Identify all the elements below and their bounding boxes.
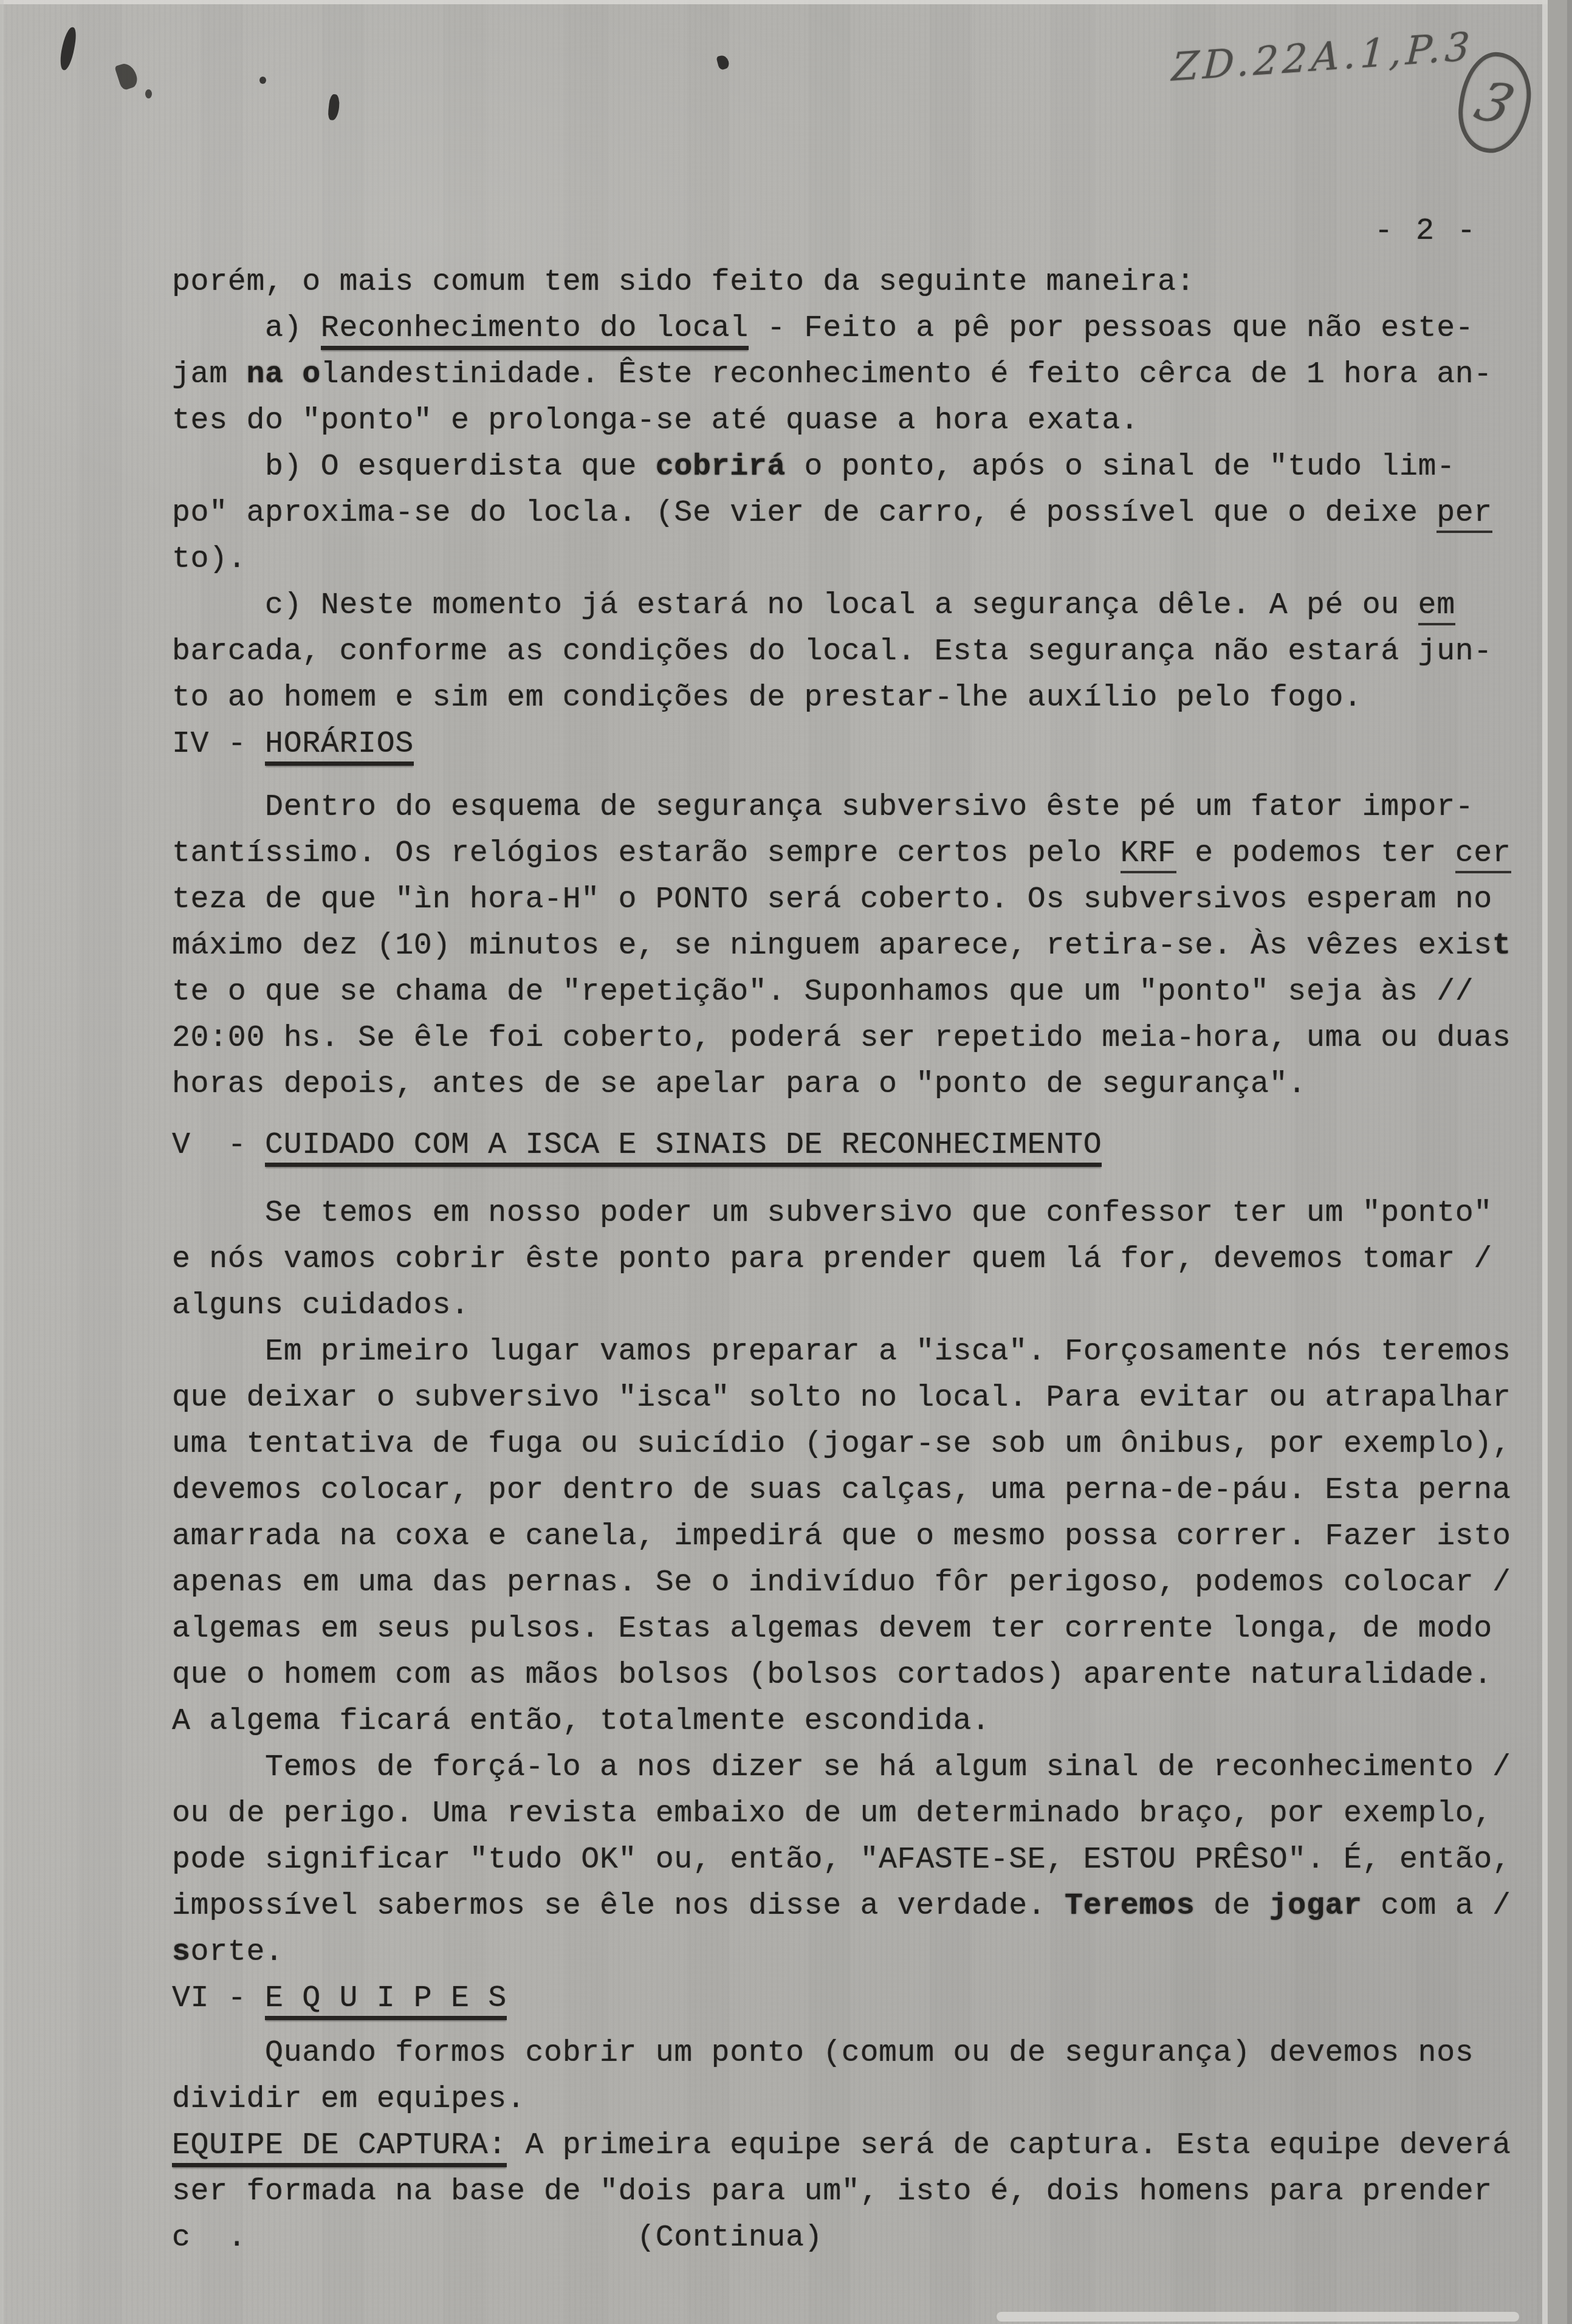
text-line: máximo dez (10) minutos e, se ninguem ap…	[172, 923, 1557, 969]
text-line: ser formada na base de "dois para um", i…	[172, 2169, 1557, 2215]
ink-blot	[259, 77, 266, 84]
text-line: b) O esquerdista que cobrirá o ponto, ap…	[172, 444, 1557, 490]
text-segment: tes do "ponto" e prolonga-se até quase a…	[172, 404, 1139, 438]
text-segment: dividir em equipes.	[172, 2082, 526, 2117]
text-segment: Dentro do esquema de segurança subversiv…	[172, 790, 1474, 825]
text-line: to ao homem e sim em condições de presta…	[172, 675, 1557, 721]
text-segment: que deixar o subversivo "isca" solto no …	[172, 1381, 1511, 1415]
text-line: alguns cuidados.	[172, 1283, 1557, 1329]
text-line: impossível sabermos se êle nos disse a v…	[172, 1883, 1557, 1930]
text-line: Em primeiro lugar vamos preparar a "isca…	[172, 1329, 1557, 1375]
text-segment: Em primeiro lugar vamos preparar a "isca…	[172, 1335, 1511, 1369]
text-segment: Se temos em nosso poder um subversivo qu…	[172, 1196, 1492, 1231]
text-line: uma tentativa de fuga ou suicídio (jogar…	[172, 1422, 1557, 1468]
text-segment: e podemos ter	[1176, 836, 1455, 871]
text-segment: VI -	[172, 1981, 265, 2016]
text-segment: em	[1418, 588, 1455, 625]
text-segment: na o	[246, 357, 320, 392]
text-segment: orte.	[191, 1935, 284, 1970]
text-segment: A primeira equipe será de captura. Esta …	[507, 2128, 1511, 2163]
text-segment: c . (Continua)	[172, 2221, 823, 2255]
text-segment: a)	[172, 311, 321, 346]
page-number: - 2 -	[1375, 214, 1478, 249]
text-segment: cobrirá	[656, 450, 786, 484]
text-line: po" aproxima-se do locla. (Se vier de ca…	[172, 490, 1557, 537]
scan-edge-top	[0, 0, 1572, 4]
text-line: A algema ficará então, totalmente escond…	[172, 1699, 1557, 1745]
text-segment: que o homem com as mãos bolsos (bolsos c…	[172, 1658, 1492, 1693]
text-line: tes do "ponto" e prolonga-se até quase a…	[172, 398, 1557, 444]
text-segment: teza de que "ìn hora-H" o PONTO será cob…	[172, 882, 1492, 917]
text-line: devemos colocar, por dentro de suas calç…	[172, 1468, 1557, 1514]
text-line: Dentro do esquema de segurança subversiv…	[172, 785, 1557, 831]
text-segment: s	[172, 1935, 191, 1970]
text-line: barcada, conforme as condições do local.…	[172, 629, 1557, 675]
text-segment: com a /	[1362, 1889, 1511, 1923]
text-line: IV - HORÁRIOS	[172, 721, 1557, 768]
handwritten-reference: ZD.22A.1,P.3	[1171, 25, 1464, 91]
text-segment: apenas em uma das pernas. Se o indivíduo…	[172, 1566, 1511, 1600]
text-segment: V -	[172, 1128, 265, 1163]
text-segment: e nós vamos cobrir êste ponto para prend…	[172, 1242, 1492, 1277]
text-segment: IV -	[172, 727, 265, 761]
text-line: amarrada na coxa e canela, impedirá que …	[172, 1514, 1557, 1560]
text-line: Quando formos cobrir um ponto (comum ou …	[172, 2030, 1557, 2077]
ink-blot	[716, 54, 730, 70]
text-segment: porém, o mais comum tem sido feito da se…	[172, 265, 1195, 300]
text-line: horas depois, antes de se apelar para o …	[172, 1062, 1557, 1108]
text-line: e nós vamos cobrir êste ponto para prend…	[172, 1237, 1557, 1283]
text-segment: HORÁRIOS	[265, 727, 414, 766]
text-segment: per	[1436, 496, 1492, 533]
text-line: EQUIPE DE CAPTURA: A primeira equipe ser…	[172, 2123, 1557, 2169]
text-line: c) Neste momento já estará no local a se…	[172, 583, 1557, 629]
text-segment: - Feito a pê por pessoas que não este-	[749, 311, 1474, 346]
ink-blot	[58, 26, 78, 71]
text-segment: Temos de forçá-lo a nos dizer se há algu…	[172, 1750, 1511, 1785]
scan-edge-right-dark	[1567, 0, 1572, 2324]
text-segment: 20:00 hs. Se êle foi coberto, poderá ser…	[172, 1021, 1511, 1056]
text-segment: horas depois, antes de se apelar para o …	[172, 1067, 1306, 1102]
text-segment: tantíssimo. Os relógios estarão sempre c…	[172, 836, 1121, 871]
text-segment: Teremos	[1065, 1889, 1195, 1923]
text-line: que deixar o subversivo "isca" solto no …	[172, 1375, 1557, 1422]
text-segment: c) Neste momento já estará no local a se…	[172, 588, 1418, 623]
text-segment: ser formada na base de "dois para um", i…	[172, 2174, 1492, 2209]
text-line: teza de que "ìn hora-H" o PONTO será cob…	[172, 877, 1557, 923]
text-segment: KRF	[1121, 836, 1176, 873]
text-segment: algemas em seus pulsos. Estas algemas de…	[172, 1612, 1492, 1646]
text-segment: CUIDADO COM A ISCA E SINAIS DE RECONHECI…	[265, 1128, 1102, 1167]
circled-page-index-value: 3	[1467, 69, 1522, 136]
text-line: porém, o mais comum tem sido feito da se…	[172, 260, 1557, 306]
text-line: pode significar "tudo OK" ou, então, "AF…	[172, 1837, 1557, 1883]
ink-blot	[328, 94, 340, 121]
text-line: VI - E Q U I P E S	[172, 1976, 1557, 2022]
text-segment: Reconhecimento do local	[321, 311, 749, 350]
text-line: to).	[172, 537, 1557, 583]
text-segment: pode significar "tudo OK" ou, então, "AF…	[172, 1843, 1511, 1877]
text-segment: EQUIPE DE CAPTURA:	[172, 2128, 507, 2167]
text-segment: cer	[1455, 836, 1511, 873]
text-segment: E Q U I P E S	[265, 1981, 507, 2020]
text-segment: b) O esquerdista que	[172, 450, 656, 484]
text-segment: to ao homem e sim em condições de presta…	[172, 681, 1362, 715]
text-segment: máximo dez (10) minutos e, se ninguem ap…	[172, 929, 1492, 963]
text-segment: landestinidade. Êste reconhecimento é fe…	[321, 357, 1492, 392]
scan-edge-bottom	[997, 2312, 1519, 2322]
text-segment: o ponto, após o sinal de "tudo lim-	[786, 450, 1455, 484]
text-segment: t	[1492, 929, 1511, 963]
typed-text: porém, o mais comum tem sido feito da se…	[172, 260, 1557, 2261]
text-line: dividir em equipes.	[172, 2077, 1557, 2123]
scan-edge-left	[0, 0, 4, 2324]
text-segment: Quando formos cobrir um ponto (comum ou …	[172, 2036, 1474, 2071]
text-segment: po" aproxima-se do locla. (Se vier de ca…	[172, 496, 1436, 531]
text-line: jam na olandestinidade. Êste reconhecime…	[172, 352, 1557, 398]
text-segment: alguns cuidados.	[172, 1288, 470, 1323]
text-line: c . (Continua)	[172, 2215, 1557, 2261]
text-line: a) Reconhecimento do local - Feito a pê …	[172, 306, 1557, 352]
text-line: sorte.	[172, 1930, 1557, 1976]
text-segment: ou de perigo. Uma revista embaixo de um …	[172, 1796, 1492, 1831]
text-line: Temos de forçá-lo a nos dizer se há algu…	[172, 1745, 1557, 1791]
ink-blot	[114, 61, 140, 91]
text-line: algemas em seus pulsos. Estas algemas de…	[172, 1606, 1557, 1652]
text-line: te o que se chama de "repetição". Suponh…	[172, 969, 1557, 1016]
text-line: 20:00 hs. Se êle foi coberto, poderá ser…	[172, 1016, 1557, 1062]
text-segment: A algema ficará então, totalmente escond…	[172, 1704, 990, 1739]
text-segment: barcada, conforme as condições do local.…	[172, 634, 1492, 669]
scanned-page: ZD.22A.1,P.3 3 - 2 - porém, o mais comum…	[0, 0, 1572, 2324]
text-segment: devemos colocar, por dentro de suas calç…	[172, 1473, 1511, 1508]
text-segment: jogar	[1269, 1889, 1362, 1923]
text-line: tantíssimo. Os relógios estarão sempre c…	[172, 831, 1557, 877]
text-line: Se temos em nosso poder um subversivo qu…	[172, 1191, 1557, 1237]
text-segment: amarrada na coxa e canela, impedirá que …	[172, 1519, 1511, 1554]
text-segment: jam	[172, 357, 246, 392]
text-segment: uma tentativa de fuga ou suicídio (jogar…	[172, 1427, 1511, 1462]
text-line: ou de perigo. Uma revista embaixo de um …	[172, 1791, 1557, 1837]
text-line: apenas em uma das pernas. Se o indivíduo…	[172, 1560, 1557, 1606]
ink-blot	[145, 89, 152, 98]
text-segment: de	[1195, 1889, 1269, 1923]
text-line: V - CUIDADO COM A ISCA E SINAIS DE RECON…	[172, 1122, 1557, 1169]
text-line: que o homem com as mãos bolsos (bolsos c…	[172, 1652, 1557, 1699]
text-segment: te o que se chama de "repetição". Suponh…	[172, 975, 1474, 1009]
text-segment: to).	[172, 542, 246, 577]
text-segment: impossível sabermos se êle nos disse a v…	[172, 1889, 1065, 1923]
